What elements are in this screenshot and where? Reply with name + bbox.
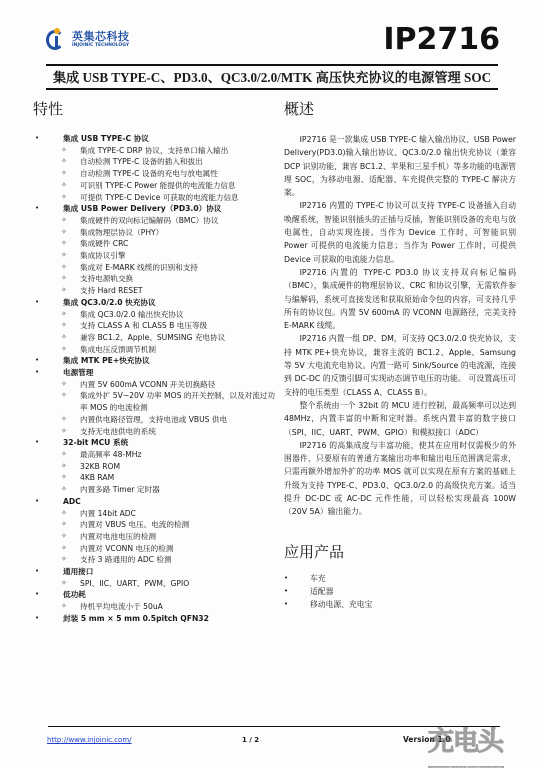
- diamond-bullet-icon: ✧: [61, 449, 80, 461]
- diamond-bullet-icon: ✧: [61, 332, 80, 344]
- feature-item: ✧集成协议引擎: [33, 250, 278, 262]
- feature-item: ✧支持 Hard RESET: [33, 285, 278, 297]
- feature-item: ✧可识别 TYPE-C Power 能提供的电流能力信息: [33, 180, 278, 192]
- feature-group-label: 电源管理: [63, 367, 93, 379]
- diamond-bullet-icon: ✧: [61, 238, 80, 250]
- application-label: 移动电源、充电宝: [310, 598, 372, 611]
- feature-item: ✧集成 QC3.0/2.0 输出快充协议: [33, 309, 278, 321]
- feature-item-text: 支持 3 路通用的 ADC 检测: [80, 554, 278, 566]
- feature-item: ✧支持 CLASS A 和 CLASS B 电压等级: [33, 320, 278, 332]
- feature-group: •封装 5 mm × 5 mm 0.5pitch QFN32: [33, 613, 278, 625]
- bullet-icon: •: [33, 496, 63, 508]
- feature-item-text: 内置 5V 600mA VCONN 开关切换路径: [80, 379, 278, 391]
- logo-icon: [46, 28, 68, 52]
- feature-item-text: 集成协议引擎: [80, 250, 278, 262]
- diamond-bullet-icon: ✧: [61, 215, 80, 227]
- feature-item-text: 支持 Hard RESET: [80, 285, 278, 297]
- feature-item-text: 集成物理层协议（PHY）: [80, 227, 278, 239]
- feature-item-text: 支持 CLASS A 和 CLASS B 电压等级: [80, 320, 278, 332]
- bullet-icon: •: [33, 437, 63, 449]
- feature-item-text: 自动检测 TYPE-C 设备的插入和拔出: [80, 156, 278, 168]
- feature-item-text: 集成电压反馈调节机制: [80, 344, 278, 356]
- feature-item-text: 4KB RAM: [80, 472, 278, 484]
- diamond-bullet-icon: ✧: [61, 344, 80, 356]
- feature-item-text: 支持电源轨交换: [80, 273, 278, 285]
- bullet-icon: •: [33, 355, 63, 367]
- feature-item-text: 可提供 TYPE-C Device 可获取的电流能力信息: [80, 192, 278, 204]
- feature-item: ✧最高频率 48-MHz: [33, 449, 278, 461]
- overview-paragraph: IP2716 内置的 TYPE-C 协议可以支持 TYPE-C 设备插入自动唤醒…: [284, 199, 516, 265]
- feature-item-text: 内置对 VCONN 电压的检测: [80, 543, 278, 555]
- overview-column: 概述 IP2716 是一款集成 USB TYPE-C 输入输出协议、USB Po…: [284, 98, 516, 611]
- feature-item: ✧4KB RAM: [33, 472, 278, 484]
- feature-item: ✧32KB ROM: [33, 461, 278, 473]
- overview-body: IP2716 是一款集成 USB TYPE-C 输入输出协议、USB Power…: [284, 133, 516, 519]
- diamond-bullet-icon: ✧: [61, 390, 80, 413]
- feature-item: ✧集成对 E-MARK 线缆的识别和支持: [33, 262, 278, 274]
- feature-item-text: 集成硬件 CRC: [80, 238, 278, 250]
- overview-paragraph: 整个系统由一个 32bit 的 MCU 进行控制，最高频率可以达到 48MHz，…: [284, 399, 516, 439]
- diamond-bullet-icon: ✧: [61, 426, 80, 438]
- feature-item-text: 待机平均电流小于 50uA: [80, 601, 278, 613]
- feature-group-label: ADC: [63, 496, 81, 508]
- feature-item-text: 32KB ROM: [80, 461, 278, 473]
- diamond-bullet-icon: ✧: [61, 554, 80, 566]
- feature-group-label: 通用接口: [63, 566, 93, 578]
- bullet-icon: •: [33, 297, 63, 309]
- diamond-bullet-icon: ✧: [61, 519, 80, 531]
- feature-group-label: 集成 USB Power Delivery（PD3.0）协议: [63, 203, 221, 215]
- feature-item: ✧内置对 VCONN 电压的检测: [33, 543, 278, 555]
- diamond-bullet-icon: ✧: [61, 145, 80, 157]
- feature-item: ✧内置对电池电压的检测: [33, 531, 278, 543]
- bullet-icon: •: [33, 566, 63, 578]
- feature-item-text: SPI、IIC、UART、PWM、GPIO: [80, 578, 278, 590]
- feature-item: ✧集成 TYPE-C DRP 协议，支持单口输入输出: [33, 145, 278, 157]
- feature-item: ✧可提供 TYPE-C Device 可获取的电流能力信息: [33, 192, 278, 204]
- feature-item: ✧兼容 BC1.2、Apple、SUMSING 充电协议: [33, 332, 278, 344]
- header-rule-bottom: [46, 88, 498, 90]
- diamond-bullet-icon: ✧: [61, 285, 80, 297]
- feature-item: ✧集成外扩 5V~20V 功率 MOS 的开关控制，以及对流过功率 MOS 的电…: [33, 390, 278, 413]
- logo-name-cn: 英集芯科技: [72, 31, 130, 42]
- feature-item: ✧自动检测 TYPE-C 设备的插入和拔出: [33, 156, 278, 168]
- diamond-bullet-icon: ✧: [61, 320, 80, 332]
- feature-item-text: 集成对 E-MARK 线缆的识别和支持: [80, 262, 278, 274]
- feature-item-text: 可识别 TYPE-C Power 能提供的电流能力信息: [80, 180, 278, 192]
- feature-item-text: 集成 TYPE-C DRP 协议，支持单口输入输出: [80, 145, 278, 157]
- feature-item-text: 支持无电池供电的系统: [80, 426, 278, 438]
- diamond-bullet-icon: ✧: [61, 273, 80, 285]
- feature-group: •集成 MTK PE+快充协议: [33, 355, 278, 367]
- application-label: 车充: [310, 572, 326, 585]
- feature-item-text: 自动检测 TYPE-C 设备的充电与放电属性: [80, 168, 278, 180]
- diamond-bullet-icon: ✧: [61, 379, 80, 391]
- feature-item: ✧支持 3 路通用的 ADC 检测: [33, 554, 278, 566]
- feature-item: ✧支持无电池供电的系统: [33, 426, 278, 438]
- feature-item: ✧内置对 VBUS 电压、电流的检测: [33, 519, 278, 531]
- feature-group-label: 封装 5 mm × 5 mm 0.5pitch QFN32: [63, 613, 209, 625]
- feature-group: •集成 USB TYPE-C 协议: [33, 133, 278, 145]
- feature-item-text: 内置 14bit ADC: [80, 508, 278, 520]
- feature-group: •集成 USB Power Delivery（PD3.0）协议: [33, 203, 278, 215]
- overview-paragraph: IP2716 的高集成度与丰富功能，使其在应用时仅需极少的外围器件，只要原有的普…: [284, 439, 516, 519]
- diamond-bullet-icon: ✧: [61, 531, 80, 543]
- diamond-bullet-icon: ✧: [61, 461, 80, 473]
- overview-paragraph: IP2716 是一款集成 USB TYPE-C 输入输出协议、USB Power…: [284, 133, 516, 199]
- feature-item-text: 内置对电池电压的检测: [80, 531, 278, 543]
- feature-item: ✧内置 5V 600mA VCONN 开关切换路径: [33, 379, 278, 391]
- application-item: •适配器: [284, 585, 516, 598]
- feature-item: ✧集成物理层协议（PHY）: [33, 227, 278, 239]
- feature-group: •32-bit MCU 系统: [33, 437, 278, 449]
- feature-item: ✧集成硬件的双向标记编解码（BMC）协议: [33, 215, 278, 227]
- diamond-bullet-icon: ✧: [61, 227, 80, 239]
- bullet-icon: •: [33, 203, 63, 215]
- feature-item-text: 集成 QC3.0/2.0 输出快充协议: [80, 309, 278, 321]
- feature-item: ✧待机平均电流小于 50uA: [33, 601, 278, 613]
- feature-group: •通用接口: [33, 566, 278, 578]
- bullet-icon: •: [284, 585, 310, 598]
- company-logo: 英集芯科技 INJOINIC TECHNOLOGY: [46, 28, 130, 52]
- feature-item-text: 兼容 BC1.2、Apple、SUMSING 充电协议: [80, 332, 278, 344]
- feature-item-text: 内置对 VBUS 电压、电流的检测: [80, 519, 278, 531]
- feature-group: •电源管理: [33, 367, 278, 379]
- feature-item-text: 最高频率 48-MHz: [80, 449, 278, 461]
- bullet-icon: •: [33, 613, 63, 625]
- applications-heading: 应用产品: [284, 541, 516, 562]
- feature-item: ✧SPI、IIC、UART、PWM、GPIO: [33, 578, 278, 590]
- feature-item: ✧内置 14bit ADC: [33, 508, 278, 520]
- watermark-logo: 充电头 www.chongdiantou.com: [428, 728, 540, 766]
- feature-item: ✧自动检测 TYPE-C 设备的充电与放电属性: [33, 168, 278, 180]
- feature-item: ✧支持电源轨交换: [33, 273, 278, 285]
- feature-item: ✧内置供电路径管理，支持电池或 VBUS 供电: [33, 414, 278, 426]
- overview-paragraph: IP2716 内置的 TYPE-C PD3.0 协议支持双向标记编码（BMC），…: [284, 266, 516, 332]
- diamond-bullet-icon: ✧: [61, 180, 80, 192]
- page-number: 1 / 2: [242, 736, 259, 744]
- diamond-bullet-icon: ✧: [61, 543, 80, 555]
- application-label: 适配器: [310, 585, 333, 598]
- feature-group-label: 集成 QC3.0/2.0 快充协议: [63, 297, 156, 309]
- diamond-bullet-icon: ✧: [61, 250, 80, 262]
- diamond-bullet-icon: ✧: [61, 309, 80, 321]
- application-item: •移动电源、充电宝: [284, 598, 516, 611]
- diamond-bullet-icon: ✧: [61, 262, 80, 274]
- bullet-icon: •: [33, 367, 63, 379]
- applications-list: •车充•适配器•移动电源、充电宝: [284, 572, 516, 611]
- feature-group-label: 低功耗: [63, 589, 86, 601]
- feature-group-label: 集成 MTK PE+快充协议: [63, 355, 150, 367]
- feature-item: ✧集成硬件 CRC: [33, 238, 278, 250]
- product-name: IP2716: [383, 22, 500, 57]
- diamond-bullet-icon: ✧: [61, 472, 80, 484]
- feature-item-text: 内置供电路径管理，支持电池或 VBUS 供电: [80, 414, 278, 426]
- diamond-bullet-icon: ✧: [61, 168, 80, 180]
- features-column: 特性 •集成 USB TYPE-C 协议✧集成 TYPE-C DRP 协议，支持…: [33, 98, 278, 625]
- application-item: •车充: [284, 572, 516, 585]
- feature-item: ✧集成电压反馈调节机制: [33, 344, 278, 356]
- feature-group-label: 集成 USB TYPE-C 协议: [63, 133, 149, 145]
- overview-paragraph: IP2716 内置一组 DP、DM，可支持 QC3.0/2.0 快充协议，支持 …: [284, 332, 516, 398]
- bullet-icon: •: [33, 133, 63, 145]
- diamond-bullet-icon: ✧: [61, 192, 80, 204]
- logo-name-en: INJOINIC TECHNOLOGY: [72, 44, 130, 49]
- bullet-icon: •: [284, 572, 310, 585]
- feature-item: ✧内置多路 Timer 定时器: [33, 484, 278, 496]
- feature-group: •ADC: [33, 496, 278, 508]
- features-heading: 特性: [33, 98, 278, 119]
- feature-group: •低功耗: [33, 589, 278, 601]
- diamond-bullet-icon: ✧: [61, 156, 80, 168]
- diamond-bullet-icon: ✧: [61, 414, 80, 426]
- feature-item-text: 集成外扩 5V~20V 功率 MOS 的开关控制，以及对流过功率 MOS 的电流…: [80, 390, 278, 413]
- feature-group-label: 32-bit MCU 系统: [63, 437, 128, 449]
- footer-website-link[interactable]: http://www.injoinic.com/: [47, 736, 132, 744]
- feature-group: •集成 QC3.0/2.0 快充协议: [33, 297, 278, 309]
- bullet-icon: •: [33, 589, 63, 601]
- diamond-bullet-icon: ✧: [61, 484, 80, 496]
- feature-item-text: 内置多路 Timer 定时器: [80, 484, 278, 496]
- feature-item-text: 集成硬件的双向标记编解码（BMC）协议: [80, 215, 278, 227]
- features-list: •集成 USB TYPE-C 协议✧集成 TYPE-C DRP 协议，支持单口输…: [33, 133, 278, 625]
- overview-heading: 概述: [284, 98, 516, 119]
- document-subtitle: 集成 USB TYPE-C、PD3.0、QC3.0/2.0/MTK 高压快充协议…: [46, 67, 498, 86]
- bullet-icon: •: [284, 598, 310, 611]
- watermark-text: 充电头: [428, 728, 540, 756]
- diamond-bullet-icon: ✧: [61, 578, 80, 590]
- diamond-bullet-icon: ✧: [61, 601, 80, 613]
- diamond-bullet-icon: ✧: [61, 508, 80, 520]
- header-rule-top: [46, 64, 498, 66]
